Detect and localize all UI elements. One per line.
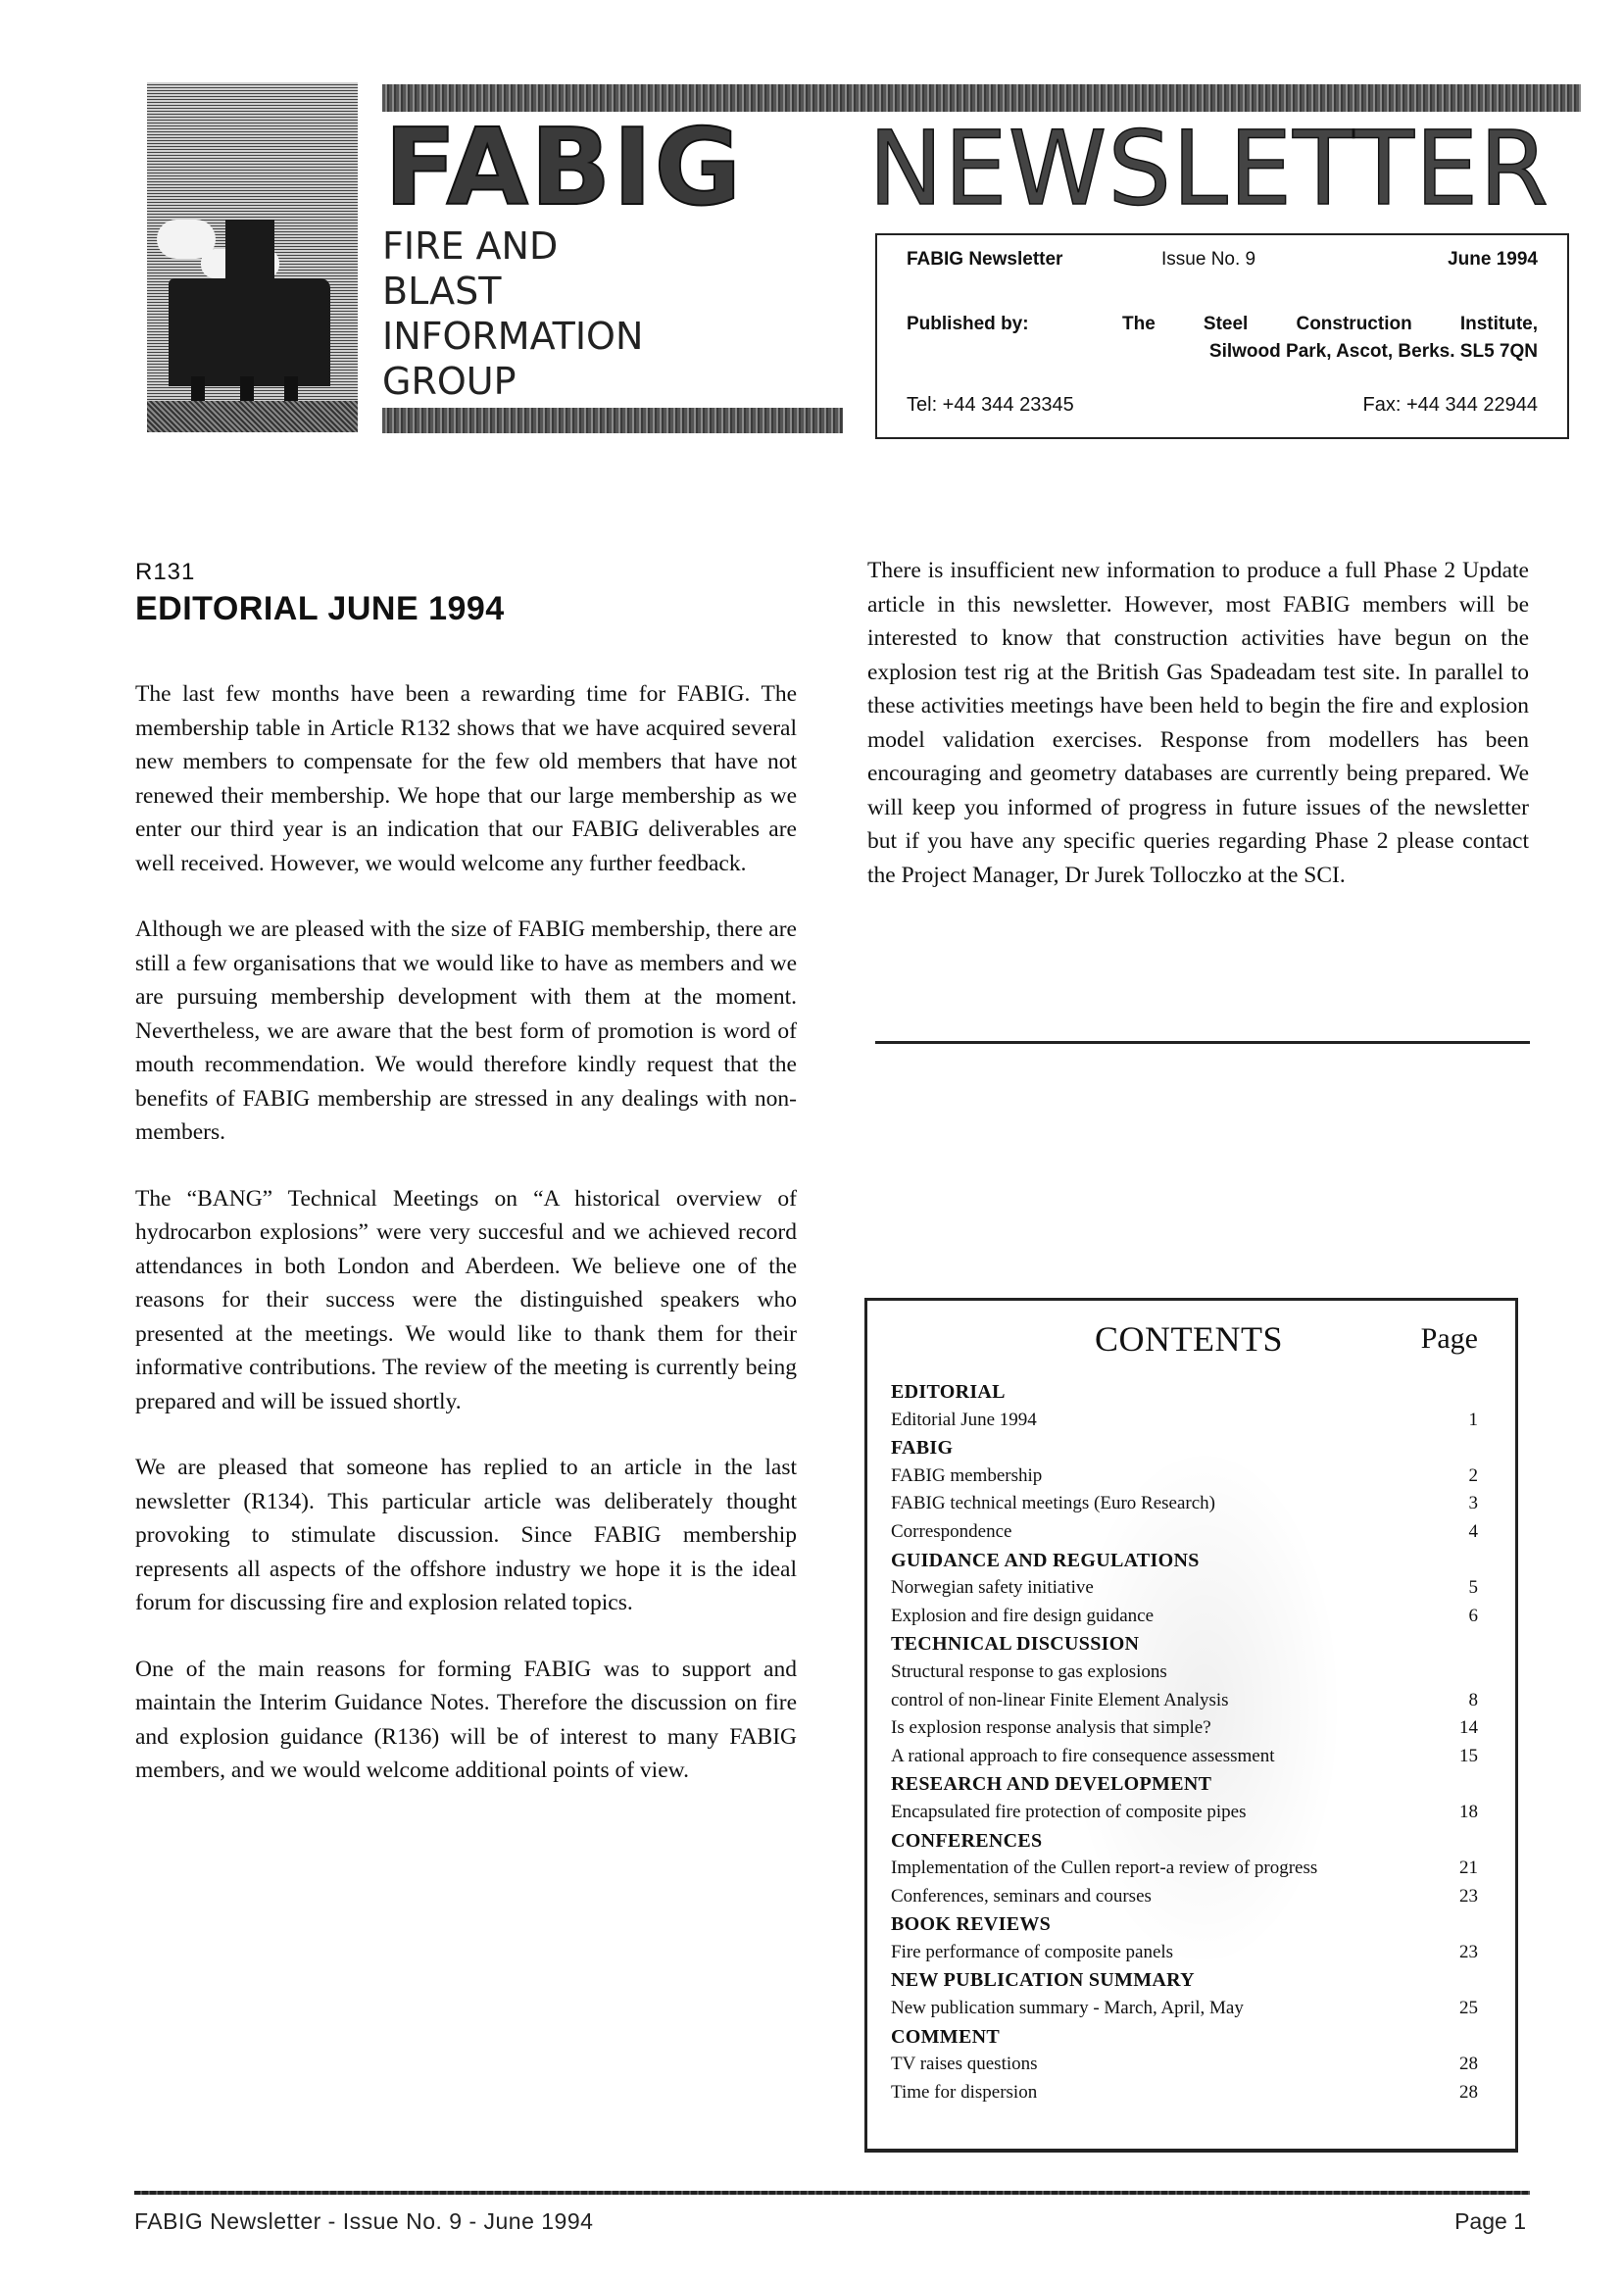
contents-entry: Conferences, seminars and courses23 [891, 1886, 1478, 1914]
entry-page-number: 23 [1459, 1886, 1478, 1907]
entry-page-number: 23 [1459, 1942, 1478, 1963]
entry-page-number: 2 [1469, 1465, 1479, 1487]
contents-list: EDITORIALEditorial June 19941FABIGFABIG … [891, 1381, 1478, 2109]
article-title: EDITORIAL JUNE 1994 [135, 590, 797, 628]
entry-page-number: 1 [1469, 1410, 1479, 1431]
contents-entry: control of non-linear Finite Element Ana… [891, 1690, 1478, 1718]
contents-entry: Norwegian safety initiative5 [891, 1577, 1478, 1606]
group-name-line: INFORMATION [382, 314, 643, 359]
contents-entry: Correspondence4 [891, 1521, 1478, 1550]
section-title: GUIDANCE AND REGULATIONS [891, 1550, 1200, 1571]
issue-info-box: FABIG Newsletter Issue No. 9 June 1994 P… [875, 233, 1569, 439]
contents-entry: Fire performance of composite panels23 [891, 1942, 1478, 1970]
article-paragraph: There is insufficient new information to… [867, 554, 1529, 892]
entry-title: Time for dispersion [891, 2082, 1037, 2103]
group-name-line: FIRE AND [382, 223, 643, 269]
masthead-bottom-bar [382, 408, 843, 433]
entry-page-number: 3 [1469, 1493, 1479, 1514]
article-paragraph: We are pleased that someone has replied … [135, 1451, 797, 1620]
entry-page-number: 6 [1469, 1606, 1479, 1627]
entry-page-number: 21 [1459, 1858, 1478, 1879]
contents-entry: A rational approach to fire consequence … [891, 1746, 1478, 1774]
issue-number: Issue No. 9 [1161, 249, 1255, 271]
entry-title: Correspondence [891, 1521, 1011, 1542]
entry-page-number: 8 [1469, 1690, 1479, 1711]
entry-title: Is explosion response analysis that simp… [891, 1717, 1211, 1738]
entry-title: control of non-linear Finite Element Ana… [891, 1690, 1229, 1710]
entry-page-number: 28 [1459, 2082, 1478, 2104]
entry-title: Norwegian safety initiative [891, 1577, 1094, 1598]
contents-section-heading: TECHNICAL DISCUSSION [891, 1633, 1478, 1661]
contents-header: CONTENTS Page [867, 1318, 1515, 1367]
entry-title: New publication summary - March, April, … [891, 1998, 1244, 2018]
entry-page-number: 14 [1459, 1717, 1478, 1739]
section-title: FABIG [891, 1437, 953, 1459]
contents-entry: Explosion and fire design guidance6 [891, 1606, 1478, 1634]
section-title: EDITORIAL [891, 1381, 1006, 1403]
entry-page-number: 5 [1469, 1577, 1479, 1599]
issue-row: FABIG Newsletter Issue No. 9 June 1994 [907, 249, 1538, 274]
contents-entry: FABIG membership2 [891, 1465, 1478, 1494]
fax: Fax: +44 344 22944 [1363, 394, 1538, 417]
contents-section-heading: NEW PUBLICATION SUMMARY [891, 1969, 1478, 1998]
contents-entry: New publication summary - March, April, … [891, 1998, 1478, 2026]
article-left-column: R131 EDITORIAL JUNE 1994 The last few mo… [135, 559, 797, 1820]
section-title: COMMENT [891, 2026, 1000, 2048]
entry-title: Conferences, seminars and courses [891, 1886, 1152, 1907]
publisher-address: Silwood Park, Ascot, Berks. SL5 7QN [1122, 341, 1538, 363]
article-right-column: There is insufficient new information to… [867, 554, 1529, 924]
article-paragraph: The last few months have been a rewardin… [135, 677, 797, 880]
newsletter-wordmark: NEWSLETTER [868, 118, 1550, 220]
entry-title: Fire performance of composite panels [891, 1942, 1173, 1962]
contents-box: CONTENTS Page EDITORIALEditorial June 19… [864, 1298, 1518, 2153]
page-number: Page 1 [1454, 2208, 1526, 2235]
section-title: CONFERENCES [891, 1830, 1042, 1852]
group-name-line: GROUP [382, 359, 643, 404]
footer-rule [134, 2191, 1530, 2195]
article-paragraph: Although we are pleased with the size of… [135, 913, 797, 1150]
entry-title: Implementation of the Cullen report-a re… [891, 1858, 1317, 1878]
contents-entry: Editorial June 19941 [891, 1410, 1478, 1438]
contents-entry: Implementation of the Cullen report-a re… [891, 1858, 1478, 1886]
publication-name: FABIG Newsletter [907, 249, 1062, 271]
section-divider [875, 1041, 1530, 1044]
published-by-label: Published by: [907, 314, 1029, 335]
entry-page-number: 25 [1459, 1998, 1478, 2019]
entry-title: FABIG technical meetings (Euro Research) [891, 1493, 1215, 1513]
section-title: RESEARCH AND DEVELOPMENT [891, 1773, 1211, 1795]
entry-title: FABIG membership [891, 1465, 1042, 1486]
contents-title: CONTENTS [1095, 1318, 1283, 1360]
offshore-platform-photo [147, 82, 358, 432]
article-paragraph: One of the main reasons for forming FABI… [135, 1653, 797, 1788]
contents-entry: Is explosion response analysis that simp… [891, 1717, 1478, 1746]
entry-title: A rational approach to fire consequence … [891, 1746, 1274, 1766]
group-name: FIRE AND BLAST INFORMATION GROUP [382, 223, 643, 404]
telephone: Tel: +44 344 23345 [907, 394, 1074, 417]
section-title: TECHNICAL DISCUSSION [891, 1633, 1139, 1655]
entry-page-number: 28 [1459, 2054, 1478, 2075]
contents-page-label: Page [1421, 1322, 1478, 1356]
publisher-name: The Steel Construction Institute, [1122, 314, 1538, 335]
group-name-line: BLAST [382, 269, 643, 314]
entry-page-number: 15 [1459, 1746, 1478, 1767]
section-title: NEW PUBLICATION SUMMARY [891, 1969, 1195, 1991]
article-paragraph: The “BANG” Technical Meetings on “A hist… [135, 1182, 797, 1419]
contents-entry: Encapsulated fire protection of composit… [891, 1802, 1478, 1830]
contents-section-heading: COMMENT [891, 2026, 1478, 2055]
entry-title: Editorial June 1994 [891, 1410, 1037, 1430]
contents-section-heading: RESEARCH AND DEVELOPMENT [891, 1773, 1478, 1802]
entry-title: Structural response to gas explosions [891, 1661, 1167, 1682]
sea-surface [147, 401, 358, 432]
contents-section-heading: GUIDANCE AND REGULATIONS [891, 1550, 1478, 1578]
contents-entry: Structural response to gas explosions [891, 1661, 1478, 1690]
entry-title: TV raises questions [891, 2054, 1038, 2074]
contents-entry: FABIG technical meetings (Euro Research)… [891, 1493, 1478, 1521]
article-reference: R131 [135, 559, 797, 586]
contents-section-heading: BOOK REVIEWS [891, 1913, 1478, 1942]
entry-page-number: 18 [1459, 1802, 1478, 1823]
footer-issue-info: FABIG Newsletter - Issue No. 9 - June 19… [134, 2208, 593, 2235]
section-title: BOOK REVIEWS [891, 1913, 1051, 1935]
contents-section-heading: EDITORIAL [891, 1381, 1478, 1410]
issue-date: June 1994 [1448, 249, 1538, 271]
entry-title: Explosion and fire design guidance [891, 1606, 1154, 1626]
contents-entry: TV raises questions28 [891, 2054, 1478, 2082]
contents-section-heading: FABIG [891, 1437, 1478, 1465]
contents-section-heading: CONFERENCES [891, 1830, 1478, 1858]
entry-title: Encapsulated fire protection of composit… [891, 1802, 1246, 1822]
entry-page-number: 4 [1469, 1521, 1479, 1543]
contents-entry: Time for dispersion28 [891, 2082, 1478, 2110]
fabig-logo: FABIG [384, 116, 743, 222]
platform-deck [169, 278, 330, 386]
